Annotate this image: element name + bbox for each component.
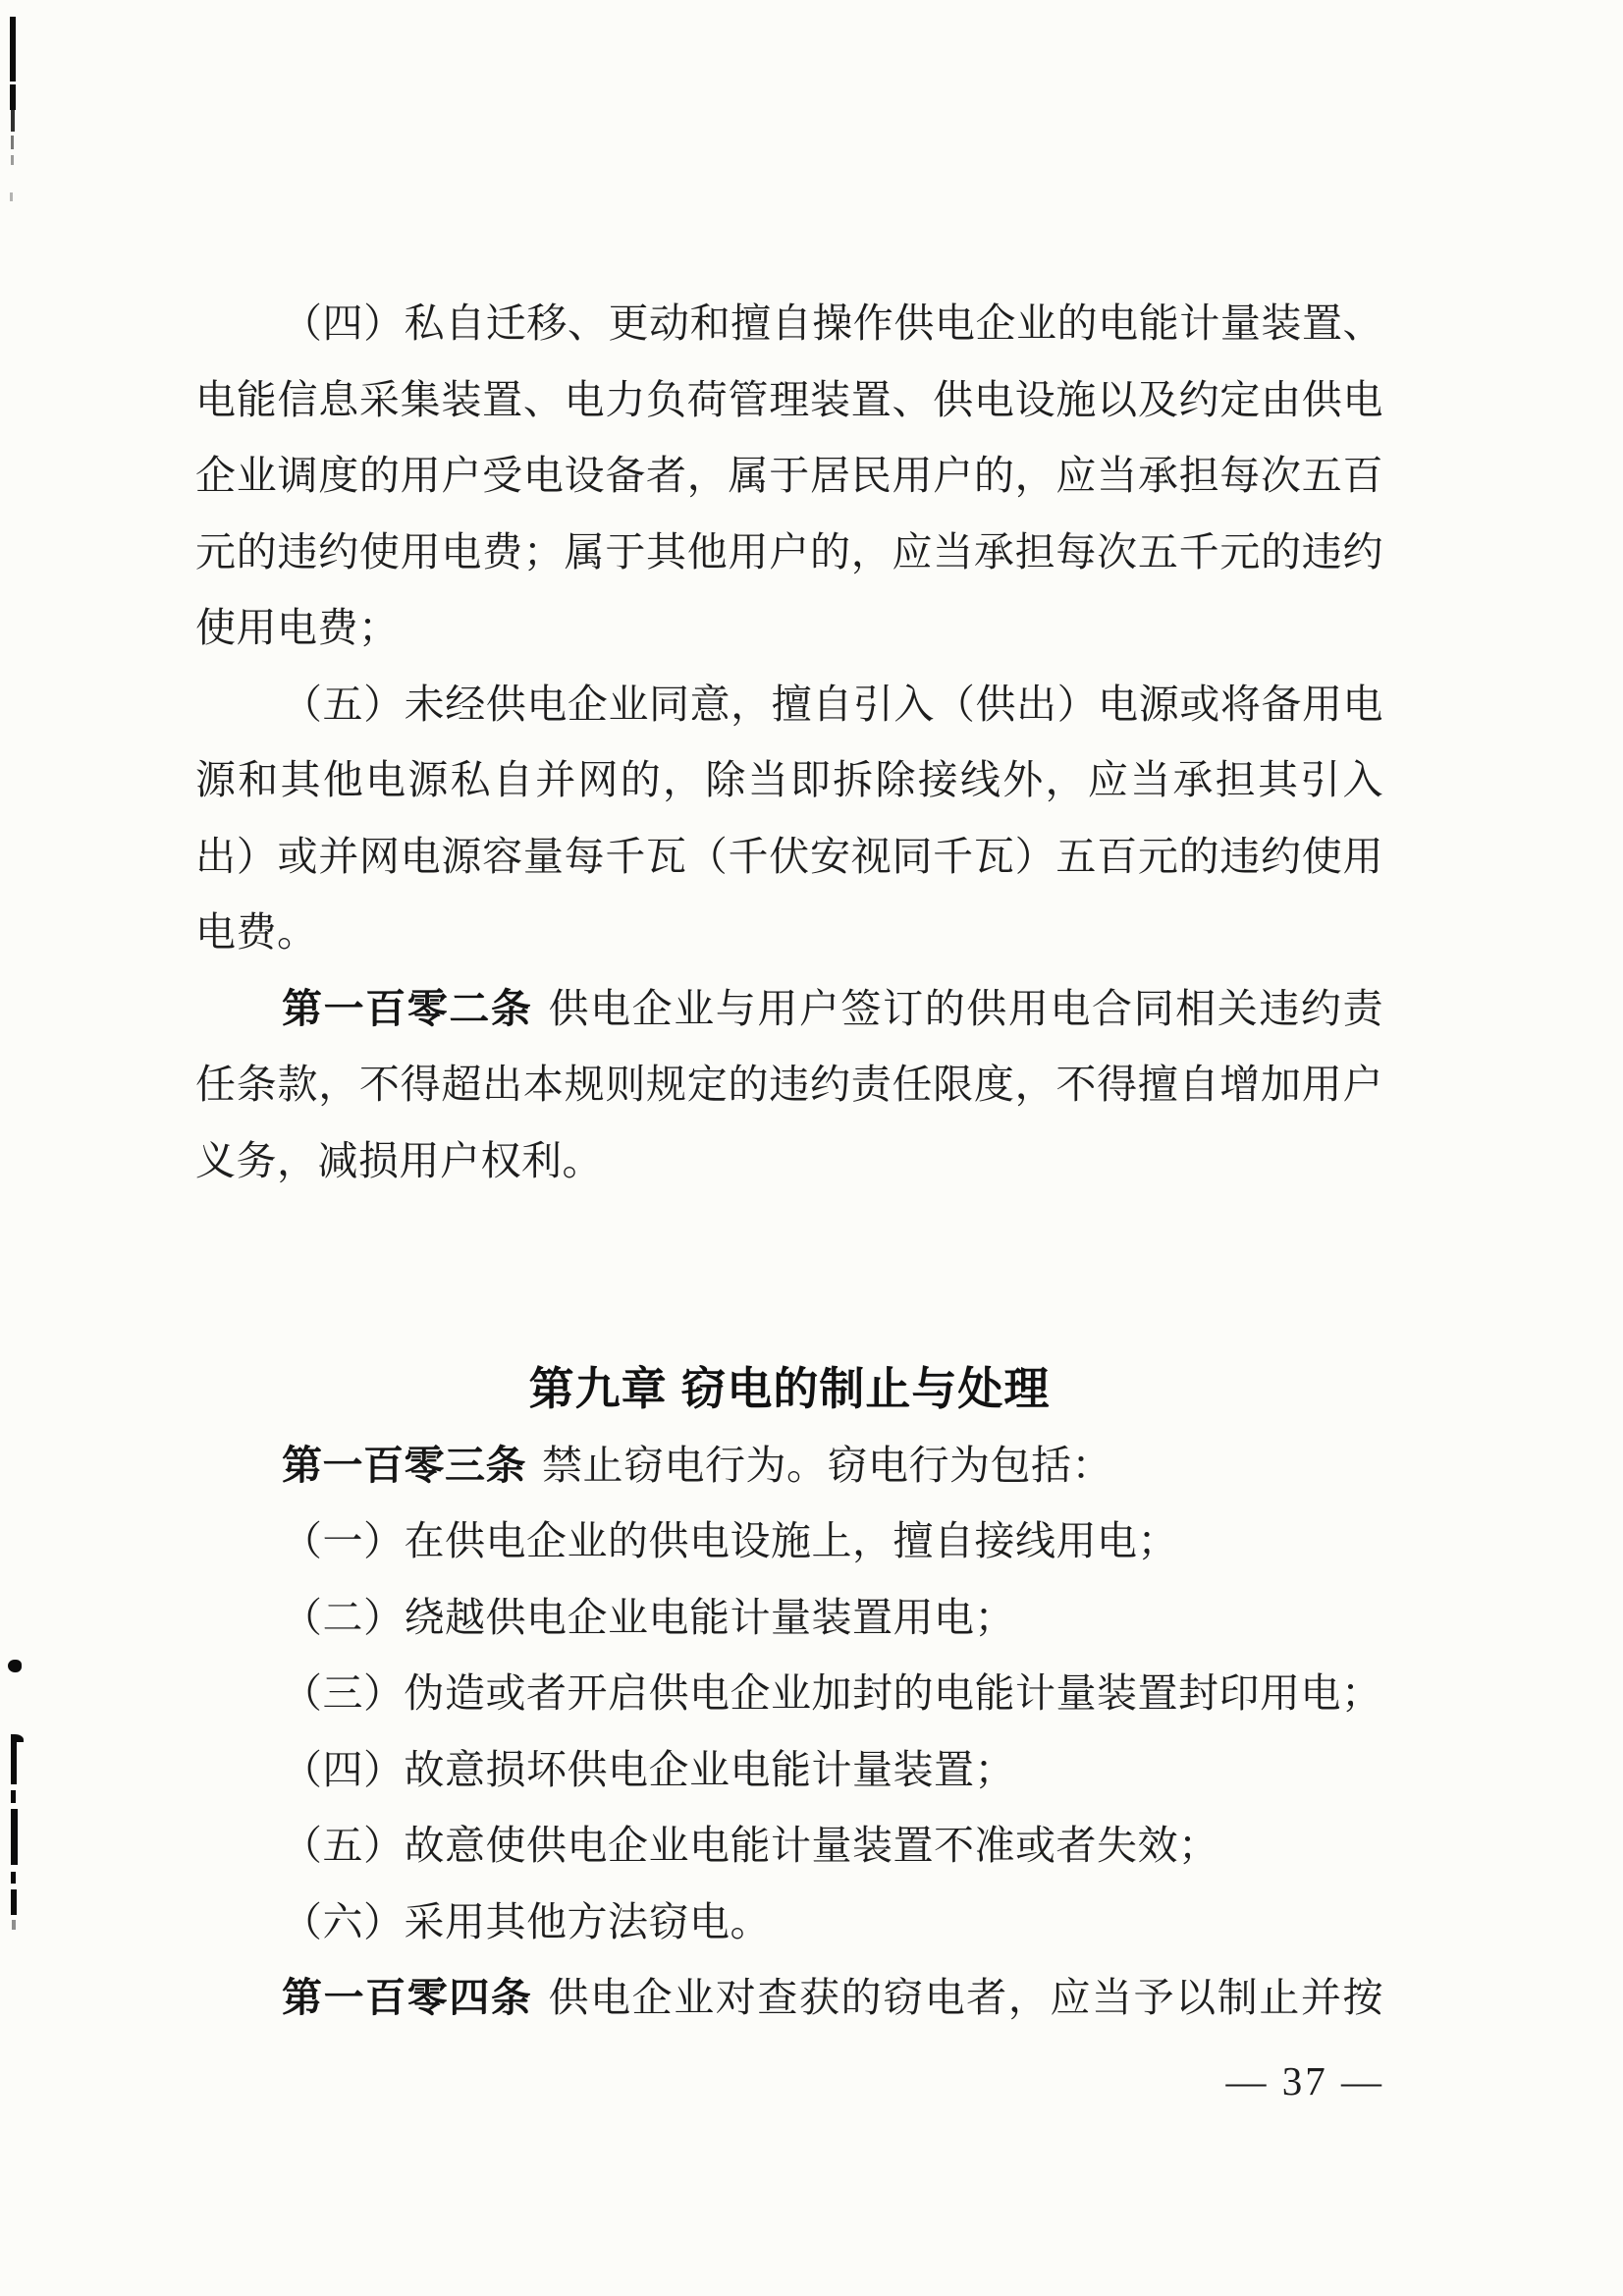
text-line: 任条款，不得超出本规则规定的违约责任限度，不得擅自增加用户: [195, 1047, 1383, 1123]
paragraph: 第一百零三条禁止窃电行为。窃电行为包括：: [195, 1428, 1383, 1504]
article-number: 第一百零四条: [282, 1975, 548, 2020]
paragraph: （四）故意损坏供电企业电能计量装置；: [195, 1732, 1383, 1809]
text-line: 第一百零三条禁止窃电行为。窃电行为包括：: [195, 1428, 1383, 1504]
paragraph: 第一百零四条供电企业对查获的窃电者，应当予以制止并按: [195, 1960, 1383, 2037]
text-line: （一）在供电企业的供电设施上，擅自接线用电；: [195, 1503, 1383, 1580]
chapter-heading: 第九章 窃电的制止与处理: [195, 1351, 1383, 1428]
text-line: 源和其他电源私自并网的，除当即拆除接线外，应当承担其引入（供: [195, 742, 1383, 819]
text-line: （六）采用其他方法窃电。: [195, 1885, 1383, 1961]
scan-artifact-speck: [11, 155, 14, 165]
article-number: 第一百零二条: [282, 986, 548, 1031]
scan-artifact-speck: [10, 192, 13, 201]
text-line: 出）或并网电源容量每千瓦（千伏安视同千瓦）五百元的违约使用: [195, 819, 1383, 896]
text-line: 义务，减损用户权利。: [195, 1123, 1383, 1200]
scan-artifact-bar: [11, 110, 15, 132]
page-number: — 37 —: [1226, 2043, 1385, 2119]
paragraph: （二）绕越供电企业电能计量装置用电；: [195, 1580, 1383, 1657]
text-line: （五）故意使供电企业电能计量装置不准或者失效；: [195, 1808, 1383, 1885]
scan-artifact-dash: [11, 1809, 18, 1865]
article-number: 第一百零三条: [282, 1443, 542, 1488]
text-line: （五）未经供电企业同意，擅自引入（供出）电源或将备用电: [195, 667, 1383, 743]
text-line: 第一百零二条供电企业与用户签订的供用电合同相关违约责: [195, 971, 1383, 1048]
document-body: （四）私自迁移、更动和擅自操作供电企业的电能计量装置、电能信息采集装置、电力负荷…: [195, 286, 1383, 2037]
text-line: 元的违约使用电费；属于其他用户的，应当承担每次五千元的违约: [195, 515, 1383, 591]
text-line: （三）伪造或者开启供电企业加封的电能计量装置封印用电；: [195, 1656, 1383, 1732]
paragraph: 第一百零二条供电企业与用户签订的供用电合同相关违约责任条款，不得超出本规则规定的…: [195, 971, 1383, 1200]
paragraph: （三）伪造或者开启供电企业加封的电能计量装置封印用电；: [195, 1656, 1383, 1732]
paragraph: （五）故意使供电企业电能计量装置不准或者失效；: [195, 1808, 1383, 1885]
text-line: （四）故意损坏供电企业电能计量装置；: [195, 1732, 1383, 1809]
text-line: （二）绕越供电企业电能计量装置用电；: [195, 1580, 1383, 1657]
scan-artifact-dash: [11, 1889, 17, 1915]
scan-artifact-dash: [12, 1920, 16, 1930]
scan-artifact-speck: [11, 136, 14, 149]
scan-artifact-dash: [11, 1872, 16, 1884]
text-line: 电费。: [195, 895, 1383, 971]
paragraph: （一）在供电企业的供电设施上，擅自接线用电；: [195, 1503, 1383, 1580]
text-line: 第一百零四条供电企业对查获的窃电者，应当予以制止并按: [195, 1960, 1383, 2037]
paragraph: （六）采用其他方法窃电。: [195, 1885, 1383, 1961]
text-line: 企业调度的用户受电设备者，属于居民用户的，应当承担每次五百: [195, 438, 1383, 515]
text-line: 使用电费；: [195, 590, 1383, 667]
scanned-document-page: （四）私自迁移、更动和擅自操作供电企业的电能计量装置、电能信息采集装置、电力负荷…: [0, 0, 1623, 2296]
paragraph: （四）私自迁移、更动和擅自操作供电企业的电能计量装置、电能信息采集装置、电力负荷…: [195, 286, 1383, 667]
text-line: （四）私自迁移、更动和擅自操作供电企业的电能计量装置、: [195, 286, 1383, 362]
scan-artifact-bar: [10, 17, 16, 82]
scan-artifact-dot: [8, 1660, 22, 1672]
scan-artifact-dash: [11, 1741, 17, 1784]
text-line: 电能信息采集装置、电力负荷管理装置、供电设施以及约定由供电: [195, 362, 1383, 439]
paragraph: （五）未经供电企业同意，擅自引入（供出）电源或将备用电源和其他电源私自并网的，除…: [195, 667, 1383, 971]
scan-artifact-bar: [10, 84, 16, 110]
scan-artifact-dash: [11, 1790, 16, 1803]
